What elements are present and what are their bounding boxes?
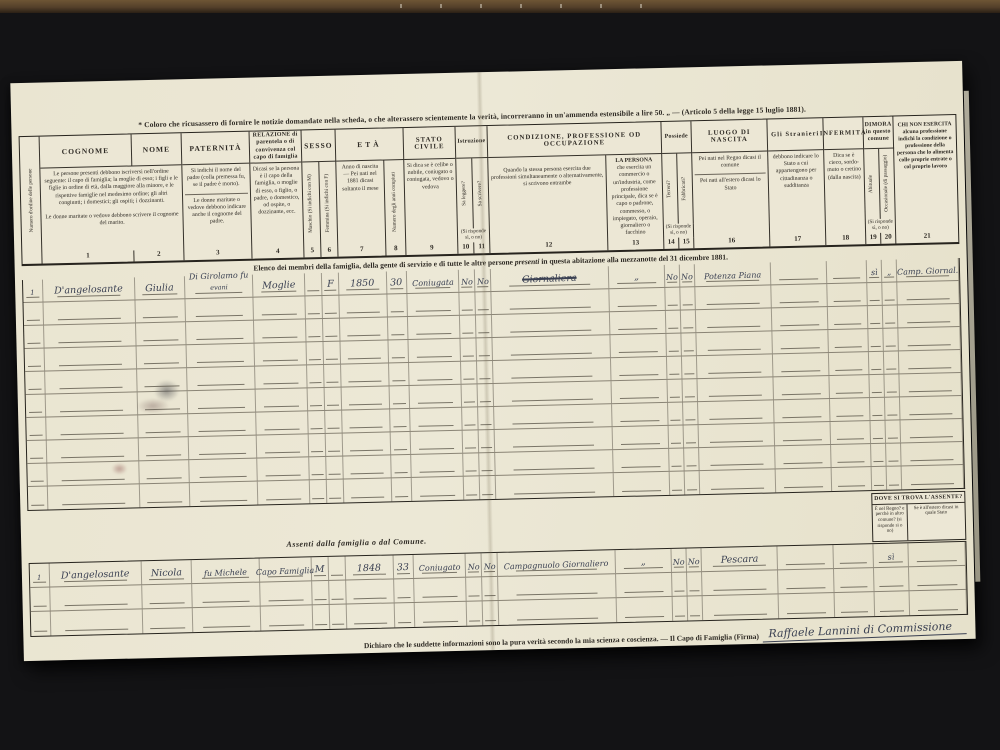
entry-leggere: No [461, 278, 473, 291]
col-num-20: 20 [881, 232, 895, 243]
sa-leggere-col: Sa leggere? [456, 158, 474, 228]
entry-cognome: D'angelosante [61, 569, 130, 586]
condizione-desc: Quando la stessa persona esercita due pr… [488, 155, 607, 241]
sesso-femmina-label: Femmina (Si indichi con F) [324, 162, 332, 246]
sa-leggere-label: Sa leggere? [461, 159, 468, 229]
col-num-14: 14 [664, 237, 679, 248]
dove-si-trova-box: DOVE SI TROVA L'ASSENTE? È nel Regno? e … [871, 490, 966, 541]
col-num-19: 19 [866, 232, 881, 243]
shelf-marks [400, 4, 660, 8]
entry-nome: Giulia [145, 283, 174, 298]
entry-stato: Coniugato [418, 563, 460, 577]
dimora-occasionale-col: Occasionale (di passaggio) [879, 148, 896, 218]
sesso-title: SESSO [302, 130, 337, 163]
paternita-title: PATERNITÀ [182, 132, 250, 166]
entry-anno: 1848 [357, 564, 382, 579]
presenti-table: 1 D'angelosante Giulia Di Girolamo fueva… [22, 258, 965, 511]
entry-anni: 33 [397, 563, 410, 578]
col-num-7: 7 [338, 244, 385, 256]
col-num-18: 18 [826, 233, 865, 245]
entry-fabbricati: No [681, 273, 693, 286]
col-num-13: 13 [608, 238, 663, 250]
entry-sesso-m: M [315, 565, 325, 580]
col-group-possiede: Possiede Terreni? Fabbricati? (Si rispon… [661, 121, 694, 248]
dimora-abituale-col: Abituale [864, 149, 881, 219]
entry-anno: 1850 [350, 279, 375, 294]
col-num-2: 2 [134, 249, 183, 261]
col-num-9: 9 [406, 242, 457, 254]
relazione-title: RELAZIONE di parentela o di convivenza c… [250, 130, 302, 163]
chi-non-esercita-desc: CHI NON ESERCITA alcuna professione indi… [893, 115, 958, 232]
luogo-desc: Pei nati nel Regno dicasi il comune Pei … [692, 151, 769, 236]
col-num-3: 3 [184, 247, 251, 260]
col-num-4: 4 [252, 246, 303, 258]
istruzione-nota: (Si risponde sì, o no) [458, 228, 490, 242]
luogo-desc2: Pei nati all'estero dicasi lo Stato [695, 173, 766, 193]
entry-terreni: No [666, 273, 678, 286]
col-num-10: 10 [458, 242, 474, 253]
head-of-family-signature: Raffaele Lannini di Commissione [763, 619, 967, 642]
dimora-nota: (Si risponde sì, o no) [866, 219, 896, 233]
stranieri-title: Gli Stranieri [767, 118, 823, 151]
paternita-desc: Si indichi il nome del padre (colla prem… [182, 164, 251, 249]
stato-civile-title: STATO CIVILE [403, 127, 455, 160]
entry-luogo: Potenza Piana [704, 271, 762, 286]
eta-anno-col: Anno di nascita — Pei nati nel 1881 dica… [336, 161, 386, 257]
istruzione-title: Istruzione [455, 126, 488, 159]
census-photo: { "top_note": "* Coloro che ricusassero … [0, 0, 1000, 750]
la-persona-desc: LA PERSONA che esercita un commercio o u… [606, 154, 663, 239]
paternita-desc1: Si indichi il nome del padre (colla prem… [187, 167, 245, 189]
entry-nome: Nicola [151, 568, 183, 584]
entry-regno: sì [887, 553, 894, 566]
col-chi-non-esercita: CHI NON ESERCITA alcuna professione indi… [893, 115, 958, 243]
col-group-condizione: CONDIZIONE, PROFESSIONE OD OCCUPAZIONE Q… [487, 122, 664, 253]
nome-title: NOME [132, 133, 183, 165]
dimora-occasionale-label: Occasionale (di passaggio) [883, 149, 890, 219]
col-stranieri: Gli Stranieri debbono indicare lo Stato … [767, 118, 826, 246]
entry-relazione: Moglie [262, 281, 296, 297]
col-num-17: 17 [770, 234, 825, 246]
col-num-16: 16 [694, 235, 769, 248]
eta-anni-col: Numero degli anni compiuti 8 [384, 160, 406, 255]
entry-num: 1 [30, 289, 35, 301]
entry-dimora-ab: sì [871, 268, 878, 281]
col-group-sesso: SESSO Maschio (Si indichi con M) 5 Femmi… [302, 130, 339, 257]
entry-paternita: fu Michele [204, 568, 247, 582]
declaration-text: Dichiaro che le suddette informazioni so… [364, 631, 759, 649]
col-num-5: 5 [304, 246, 320, 257]
stato-civile-desc: Si dica se è celibe o nubile, coniugato … [404, 159, 457, 244]
header-table: Numero d'ordine delle persone COGNOME NO… [19, 114, 960, 266]
col-num-1: 1 [42, 250, 134, 263]
col-luogo-nascita: LUOGO DI NASCITA Pei nati nel Regno dica… [691, 119, 770, 247]
entry-fabbricati: No [688, 558, 700, 571]
stranieri-desc: debbono indicare lo Stato a cui apparten… [768, 150, 825, 235]
infermita-desc: Dica se è cieco, sordo-muto o cretino (d… [824, 149, 865, 233]
entry-leggere: No [467, 563, 479, 576]
relazione-desc: Dicasi se la persona è il capo della fam… [250, 162, 303, 247]
la-persona-title: LA PERSONA [615, 157, 652, 164]
col-infermita: INFERMITÀ Dica se è cieco, sordo-muto o … [823, 117, 866, 244]
entry-scrivere: No [477, 278, 489, 291]
cognome-title: COGNOME [40, 134, 133, 167]
entry-num: 1 [37, 574, 42, 586]
sa-scrivere-col: Sa scrivere? [472, 158, 490, 228]
dimora-title: DIMORA in questo comune [863, 116, 894, 149]
cognome-desc2: Le donne maritate o vedove debbono scriv… [43, 208, 180, 229]
col-num-11: 11 [474, 242, 489, 253]
estero-subheader: Se è all'estero dicasi in quale Stato [907, 503, 965, 540]
col-relazione: RELAZIONE di parentela o di convivenza c… [250, 130, 305, 258]
entry-anni: 30 [390, 278, 403, 293]
col-group-cognome-nome: COGNOME NOME Le persone presenti debbono… [40, 133, 185, 263]
sesso-maschio-col: Maschio (Si indichi con M) 5 [302, 162, 321, 257]
terreni-label: Terreni? [666, 154, 673, 224]
sesso-maschio-label: Maschio (Si indichi con M) [307, 162, 315, 246]
census-sheet: * Coloro che ricusassero di fornire le n… [10, 61, 975, 661]
sesso-femmina-col: Femmina (Si indichi con F) 6 [319, 162, 338, 257]
fabbricati-col: Fabbricati? [677, 153, 694, 223]
entry-luogo: Pescara [720, 555, 758, 571]
cognome-desc1: Le persone presenti debbono iscriversi n… [44, 169, 177, 207]
col-group-istruzione: Istruzione Sa leggere? Sa scrivere? (Si … [455, 126, 490, 253]
col-stato-civile: STATO CIVILE Si dica se è celibe o nubil… [403, 127, 458, 255]
numero-ordine-label: Numero d'ordine delle persone [26, 137, 35, 264]
col-group-eta: ETÀ Anno di nascita — Pei nati nel 1881 … [336, 128, 407, 256]
condizione-col: Quando la stessa persona esercita due pr… [488, 155, 608, 252]
entry-stato: Coniugata [412, 278, 454, 292]
col-paternita: PATERNITÀ Si indichi il nome del padre (… [182, 132, 253, 260]
col-num-21: 21 [896, 231, 958, 243]
col-num-12: 12 [490, 239, 607, 253]
entry-condizione: Giornaliera [522, 274, 577, 290]
eta-anni-label: Numero degli anni compiuti [391, 160, 399, 244]
entry-cognome: D'angelosante [54, 284, 123, 301]
eta-anno-label: Anno di nascita — Pei nati nel 1881 dica… [336, 161, 385, 246]
entry-terreni: No [673, 558, 685, 571]
possiede-nota: (Si risponde sì, o no) [664, 223, 694, 237]
luogo-desc1: Pei nati nel Regno dicasi il comune [699, 155, 761, 169]
presenti-caption-em: presenti [515, 256, 540, 266]
col-num-6: 6 [321, 245, 337, 256]
entry-dimora-occ: „ [887, 268, 892, 281]
wooden-shelf-edge [0, 0, 1000, 13]
la-persona-text: che esercita un commercio o un'industria… [612, 164, 658, 236]
entry-persona: „ [634, 273, 639, 288]
terreni-col: Terreni? [662, 154, 679, 224]
col-num-15: 15 [679, 237, 693, 248]
entry-scrivere: No [483, 563, 495, 576]
entry-paternita-l2: evani [210, 284, 228, 296]
entry-sesso-f: F [327, 280, 334, 295]
la-persona-col: LA PERSONA che esercita un commercio o u… [606, 154, 664, 250]
regno-subheader: È nel Regno? e perchè in altro comune? (… [872, 504, 908, 541]
eta-title: ETÀ [336, 128, 405, 162]
condizione-title: CONDIZIONE, PROFESSIONE OD OCCUPAZIONE [487, 122, 662, 158]
fabbricati-label: Fabbricati? [681, 153, 688, 223]
paternita-desc2: Le donne maritate o vedove debbono indic… [185, 192, 249, 226]
cognome-nome-instructions: Le persone presenti debbono iscriversi n… [40, 165, 183, 252]
entry-chi: Camp. Giornal. [897, 266, 959, 281]
possiede-title: Possiede [661, 121, 692, 154]
col-num-8: 8 [386, 244, 405, 255]
luogo-title: LUOGO DI NASCITA [691, 119, 767, 153]
entry-relazione: Capo Famiglia [256, 567, 315, 582]
dimora-abituale-label: Abituale [868, 149, 875, 219]
col-group-dimora: DIMORA in questo comune Abituale Occasio… [863, 116, 896, 243]
sa-scrivere-label: Sa scrivere? [477, 158, 484, 228]
infermita-title: INFERMITÀ [823, 117, 863, 150]
entry-persona: „ [641, 558, 646, 573]
